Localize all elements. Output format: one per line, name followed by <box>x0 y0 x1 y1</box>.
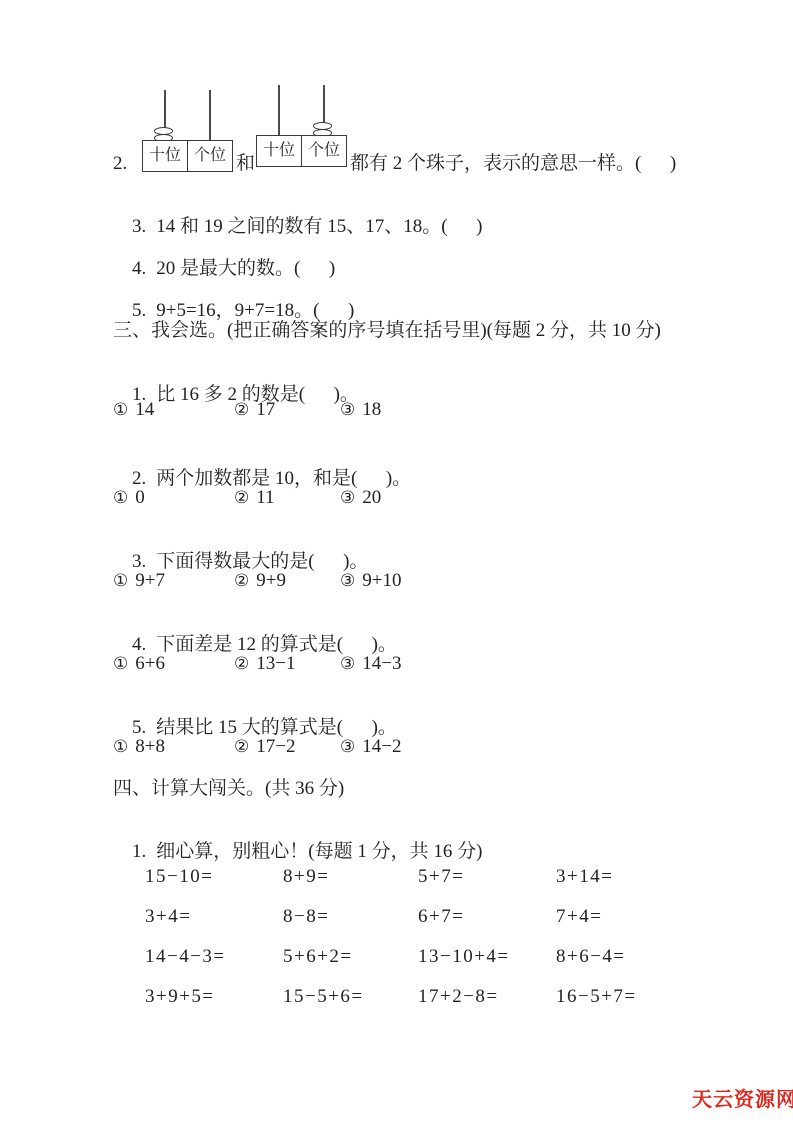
item-text: 9+5=16，9+7=18。( ) <box>156 300 354 321</box>
item-text: 14 和 19 之间的数有 15、17、18。( ) <box>156 216 482 237</box>
calc-expression: 5+7= <box>418 866 556 906</box>
calc-expression: 7+4= <box>556 906 716 946</box>
item-number: 4. <box>132 258 146 280</box>
mc-option: ①14 <box>113 399 234 421</box>
option-text: 9+10 <box>362 570 401 591</box>
option-text: 20 <box>362 487 381 508</box>
tens-place-label: 十位 <box>143 141 187 171</box>
mc-option: ③14−3 <box>340 653 401 675</box>
circled-2-icon: ② <box>234 737 249 757</box>
mc-option: ②17 <box>234 399 340 421</box>
calc-expression: 14−4−3= <box>145 946 283 986</box>
calc-expression: 3+4= <box>145 906 283 946</box>
option-text: 14−2 <box>362 736 401 757</box>
mc-options-row: ①9+7 ②9+9 ③9+10 <box>113 570 401 592</box>
site-watermark: 天云资源网 <box>692 1083 793 1112</box>
mc-option: ②11 <box>234 487 340 509</box>
mc-option: ③20 <box>340 487 381 509</box>
calc-expression: 17+2−8= <box>418 986 556 1026</box>
calc-expression: 15−5+6= <box>283 986 418 1026</box>
worksheet-page: 2. 十位 个位 和 十位 个位 都有 2 个珠子，表示的意思一样。( ) 3.… <box>0 0 793 1122</box>
calc-expression: 6+7= <box>418 906 556 946</box>
mc-option: ③14−2 <box>340 736 401 758</box>
circled-1-icon: ① <box>113 737 128 757</box>
ones-place-label: 个位 <box>301 136 346 166</box>
mc-option: ①6+6 <box>113 653 234 675</box>
circled-3-icon: ③ <box>340 488 355 508</box>
option-text: 11 <box>256 487 274 508</box>
circled-3-icon: ③ <box>340 571 355 591</box>
calc-expression: 8+6−4= <box>556 946 716 986</box>
option-text: 9+7 <box>135 570 165 591</box>
calc-grid: 15−10= 8+9= 5+7= 3+14= 3+4= 8−8= 6+7= 7+… <box>145 866 716 1026</box>
mc-options-row: ①0 ②11 ③20 <box>113 487 381 509</box>
abacus-left: 十位 个位 <box>142 90 233 172</box>
circled-2-icon: ② <box>234 400 249 420</box>
circled-2-icon: ② <box>234 571 249 591</box>
circled-1-icon: ① <box>113 488 128 508</box>
option-text: 14 <box>135 399 154 420</box>
calc-expression: 5+6+2= <box>283 946 418 986</box>
mc-option: ③9+10 <box>340 570 401 592</box>
calc-expression: 13−10+4= <box>418 946 556 986</box>
option-text: 6+6 <box>135 653 165 674</box>
sub-number: 1. <box>132 841 146 863</box>
mc-options-row: ①6+6 ②13−1 ③14−3 <box>113 653 401 675</box>
calc-expression: 16−5+7= <box>556 986 716 1026</box>
mc-option: ①9+7 <box>113 570 234 592</box>
mc-options-row: ①14 ②17 ③18 <box>113 399 381 421</box>
option-text: 13−1 <box>256 653 295 674</box>
circled-1-icon: ① <box>113 571 128 591</box>
calc-expression: 8+9= <box>283 866 418 906</box>
mc-option: ①8+8 <box>113 736 234 758</box>
item-number: 3. <box>132 216 146 238</box>
stem-text: 两个加数都是 10，和是( )。 <box>156 468 411 489</box>
option-text: 9+9 <box>256 570 286 591</box>
abacus-bead <box>313 122 332 130</box>
option-text: 17−2 <box>256 736 295 757</box>
option-text: 18 <box>362 399 381 420</box>
mc-option: ②13−1 <box>234 653 340 675</box>
stem-text: 下面差是 12 的算式是( )。 <box>156 634 397 655</box>
ones-place-label: 个位 <box>187 141 232 171</box>
circled-2-icon: ② <box>234 654 249 674</box>
question-2-number: 2. <box>113 153 127 175</box>
circled-1-icon: ① <box>113 654 128 674</box>
calc-expression: 3+9+5= <box>145 986 283 1026</box>
calc-expression: 3+14= <box>556 866 716 906</box>
circled-1-icon: ① <box>113 400 128 420</box>
option-text: 14−3 <box>362 653 401 674</box>
option-text: 17 <box>256 399 275 420</box>
stem-text: 下面得数最大的是( )。 <box>156 551 368 572</box>
section-3-title: 三、我会选。(把正确答案的序号填在括号里)(每题 2 分，共 10 分) <box>113 320 661 342</box>
mc-options-row: ①8+8 ②17−2 ③14−2 <box>113 736 401 758</box>
circled-2-icon: ② <box>234 488 249 508</box>
abacus-rod-ones <box>209 90 211 142</box>
place-value-boxes: 十位 个位 <box>256 135 347 167</box>
tens-place-label: 十位 <box>257 136 301 166</box>
calc-expression: 15−10= <box>145 866 283 906</box>
option-text: 8+8 <box>135 736 165 757</box>
abacus-rod-tens <box>278 85 280 137</box>
circled-3-icon: ③ <box>340 400 355 420</box>
circled-3-icon: ③ <box>340 654 355 674</box>
abacus-right: 十位 个位 <box>256 85 347 167</box>
option-text: 0 <box>135 487 145 508</box>
sub-text: 细心算，别粗心！(每题 1 分，共 16 分) <box>156 841 482 862</box>
mc-option: ②17−2 <box>234 736 340 758</box>
abacus-bead <box>154 127 173 135</box>
calc-expression: 8−8= <box>283 906 418 946</box>
mc-option: ③18 <box>340 399 381 421</box>
stem-text: 结果比 15 大的算式是( )。 <box>156 717 397 738</box>
question-2-connector: 和 <box>236 153 255 175</box>
item-text: 20 是最大的数。( ) <box>156 258 335 279</box>
question-2-text: 都有 2 个珠子，表示的意思一样。( ) <box>350 153 676 175</box>
place-value-boxes: 十位 个位 <box>142 140 233 172</box>
mc-option: ①0 <box>113 487 234 509</box>
circled-3-icon: ③ <box>340 737 355 757</box>
section-4-title: 四、计算大闯关。(共 36 分) <box>113 778 344 800</box>
item-number: 5. <box>132 300 146 322</box>
mc-option: ②9+9 <box>234 570 340 592</box>
